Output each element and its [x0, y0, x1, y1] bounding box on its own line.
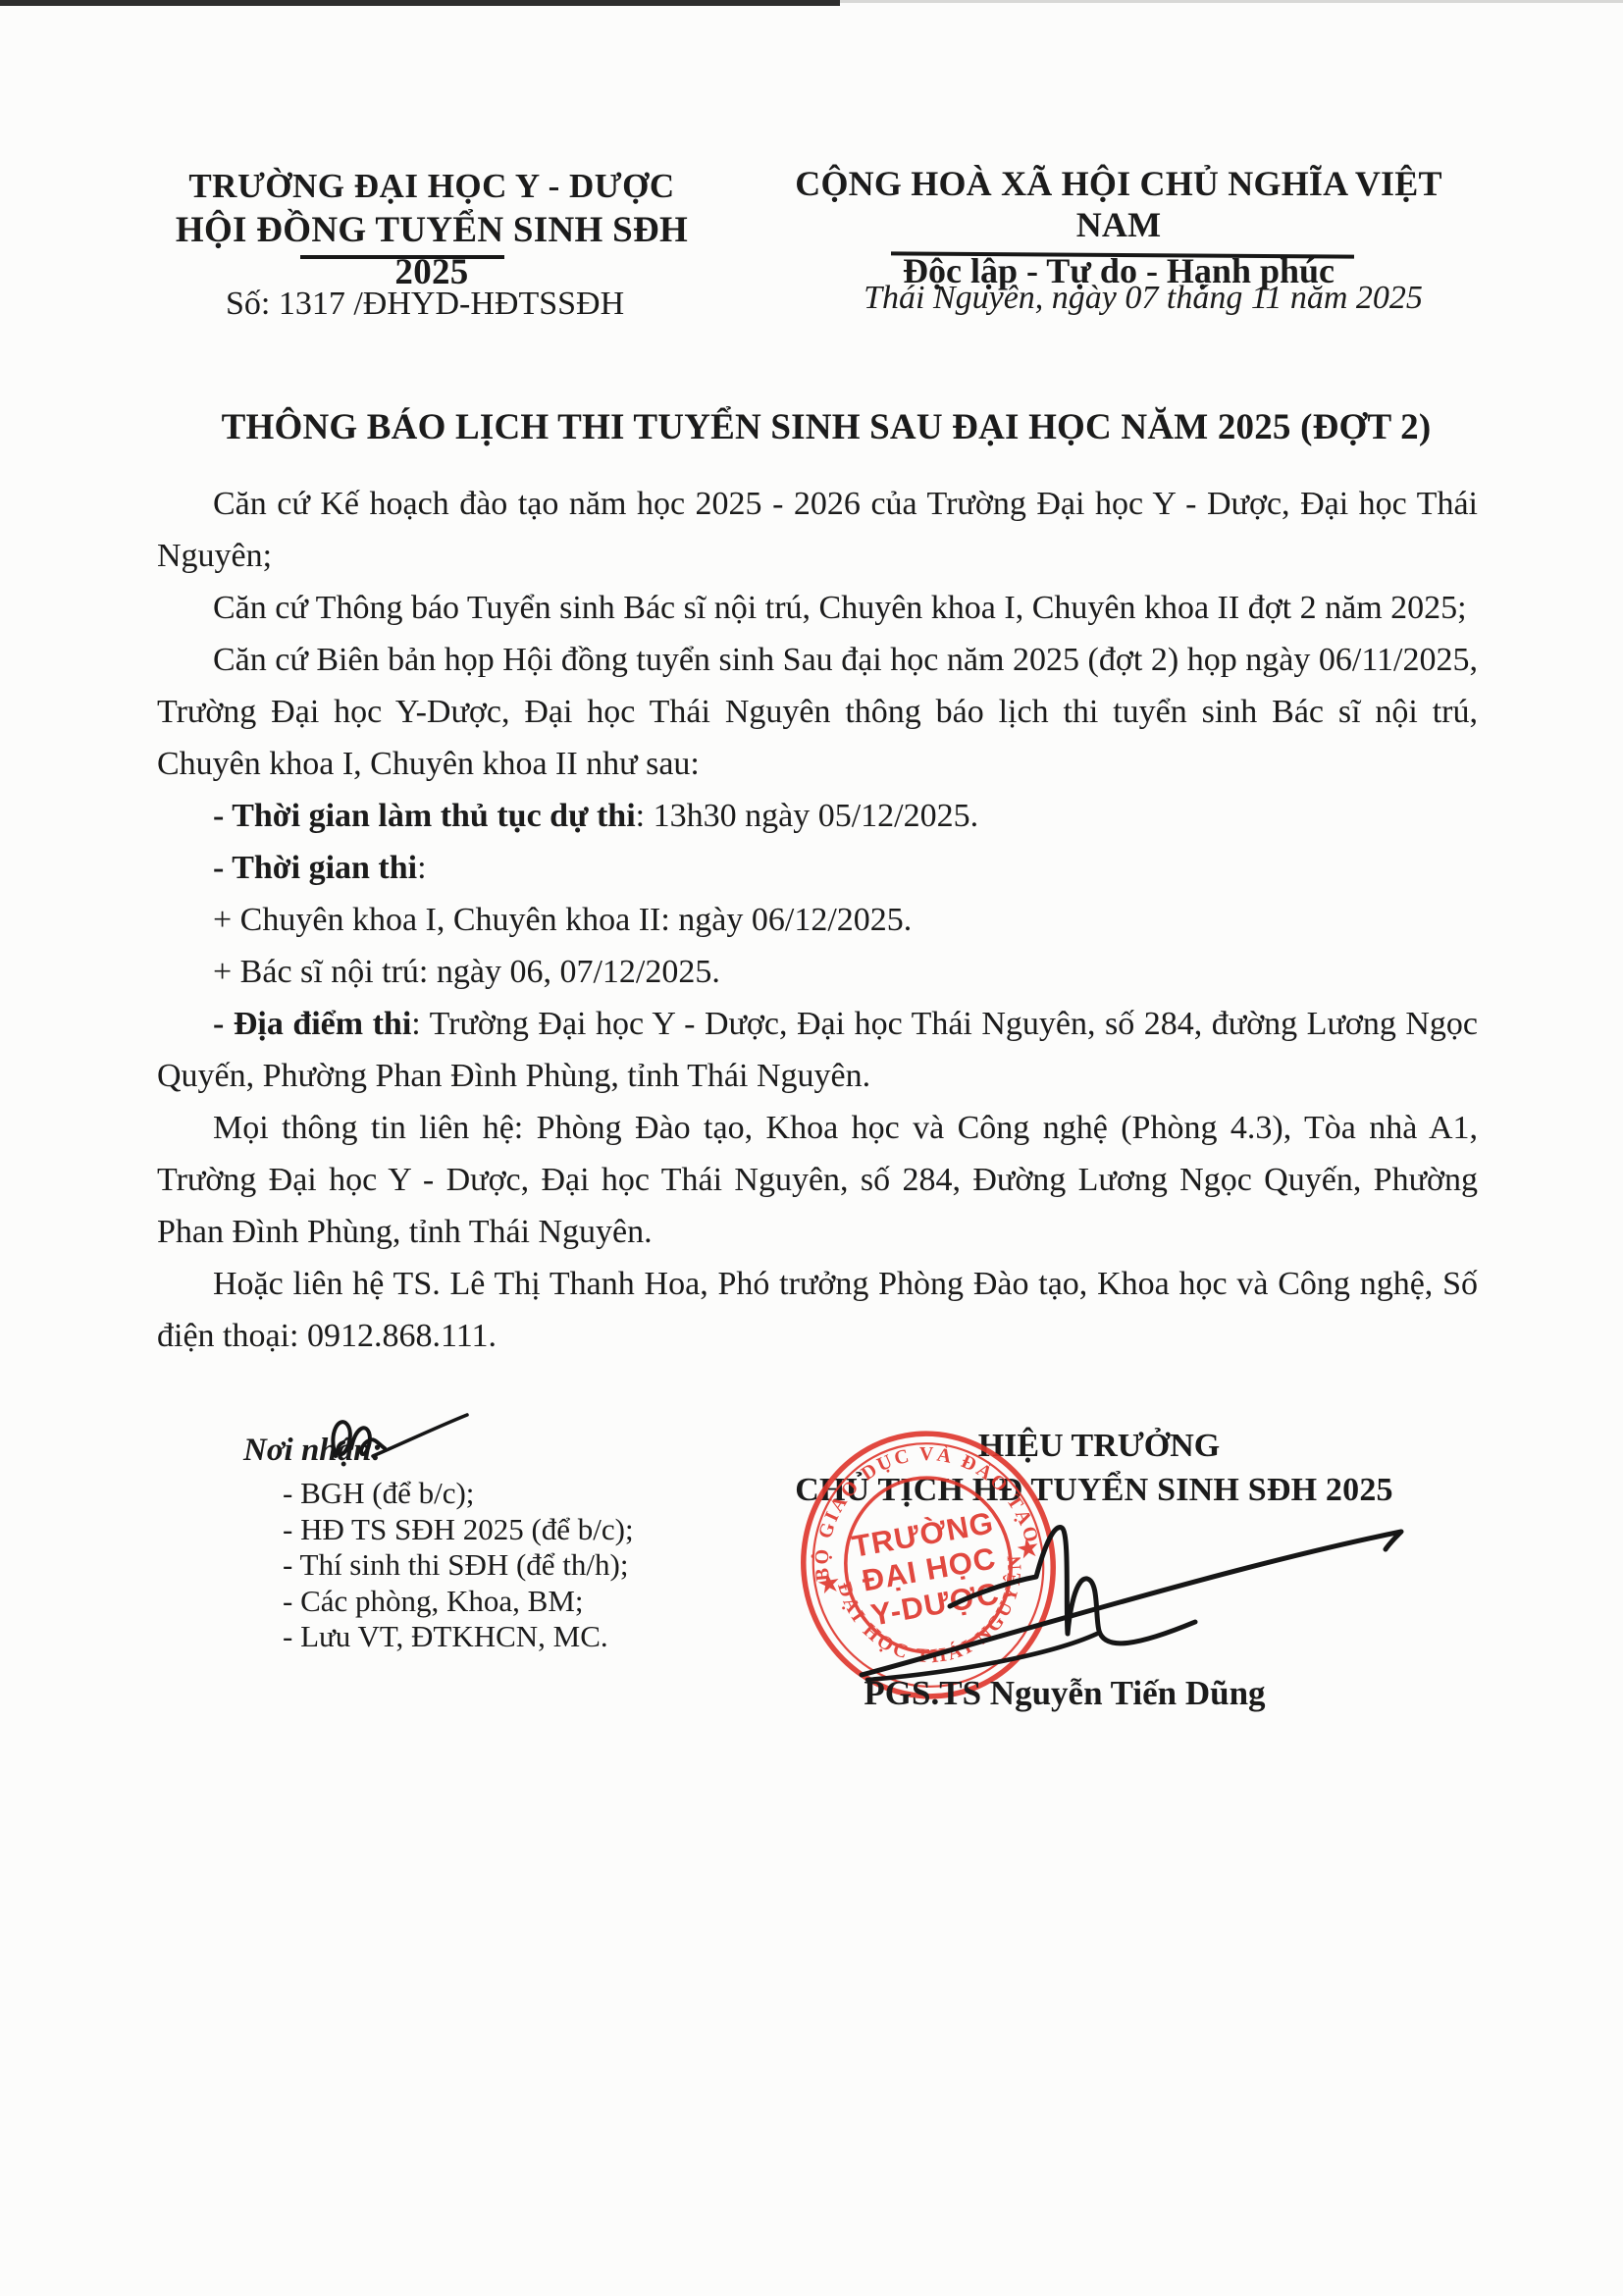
- paragraph-contact-person: Hoặc liên hệ TS. Lê Thị Thanh Hoa, Phó t…: [157, 1258, 1478, 1362]
- line-exam-date-bsnt: + Bác sĩ nội trú: ngày 06, 07/12/2025.: [157, 946, 1478, 998]
- paragraph-contact-office: Mọi thông tin liên hệ: Phòng Đào tạo, Kh…: [157, 1102, 1478, 1258]
- national-header-block: CỘNG HOÀ XÃ HỘI CHỦ NGHĨA VIỆT NAM Độc l…: [765, 163, 1472, 291]
- document-body: Căn cứ Kế hoạch đào tạo năm học 2025 - 2…: [157, 478, 1478, 1362]
- scan-edge-artifact-dark: [0, 0, 840, 6]
- registration-time-label: - Thời gian làm thủ tục dự thi: [213, 798, 636, 834]
- recipients-list: - BGH (để b/c); - HĐ TS SĐH 2025 (để b/c…: [283, 1476, 634, 1655]
- line-exam-time-heading: - Thời gian thi:: [157, 842, 1478, 894]
- national-title: CỘNG HOÀ XÃ HỘI CHỦ NGHĨA VIỆT NAM: [765, 163, 1472, 245]
- recipient-item: - HĐ TS SĐH 2025 (để b/c);: [283, 1512, 634, 1548]
- document-number: Số: 1317 /ĐHYD-HĐTSSĐH: [226, 286, 624, 323]
- council-name: HỘI ĐỒNG TUYỂN SINH SĐH 2025: [137, 209, 726, 293]
- approval-initial-scribble-icon: [322, 1405, 479, 1482]
- org-name: TRƯỜNG ĐẠI HỌC Y - DƯỢC: [137, 167, 726, 206]
- org-underline: [300, 255, 504, 259]
- handwritten-signature-icon: [834, 1487, 1423, 1693]
- recipient-item: - Lưu VT, ĐTKHCN, MC.: [283, 1619, 634, 1655]
- issuing-org-block: TRƯỜNG ĐẠI HỌC Y - DƯỢC HỘI ĐỒNG TUYỂN S…: [137, 167, 726, 293]
- exam-time-label: - Thời gian thi: [213, 850, 417, 886]
- signer-name: PGS.TS Nguyễn Tiến Dũng: [834, 1674, 1295, 1713]
- place-and-date: Thái Nguyên, ngày 07 tháng 11 năm 2025: [814, 280, 1472, 317]
- line-exam-location: - Địa điểm thi: Trường Đại học Y - Dược,…: [157, 998, 1478, 1102]
- document-title: THÔNG BÁO LỊCH THI TUYỂN SINH SAU ĐẠI HỌ…: [149, 406, 1503, 448]
- exam-location-label: - Địa điểm thi: [213, 1006, 411, 1042]
- scanned-official-document: TRƯỜNG ĐẠI HỌC Y - DƯỢC HỘI ĐỒNG TUYỂN S…: [0, 0, 1623, 2296]
- line-exam-date-ck: + Chuyên khoa I, Chuyên khoa II: ngày 06…: [157, 894, 1478, 946]
- recipient-item: - Các phòng, Khoa, BM;: [283, 1584, 634, 1620]
- registration-time-value: : 13h30 ngày 05/12/2025.: [636, 798, 978, 834]
- line-registration-time: - Thời gian làm thủ tục dự thi: 13h30 ng…: [157, 790, 1478, 842]
- recipient-item: - BGH (để b/c);: [283, 1476, 634, 1512]
- scan-edge-artifact-light: [840, 0, 1623, 3]
- paragraph-legal-basis-2: Căn cứ Thông báo Tuyển sinh Bác sĩ nội t…: [157, 582, 1478, 634]
- paragraph-legal-basis-1: Căn cứ Kế hoạch đào tạo năm học 2025 - 2…: [157, 478, 1478, 582]
- recipient-item: - Thí sinh thi SĐH (để th/h);: [283, 1547, 634, 1584]
- paragraph-legal-basis-3: Căn cứ Biên bản họp Hội đồng tuyển sinh …: [157, 634, 1478, 790]
